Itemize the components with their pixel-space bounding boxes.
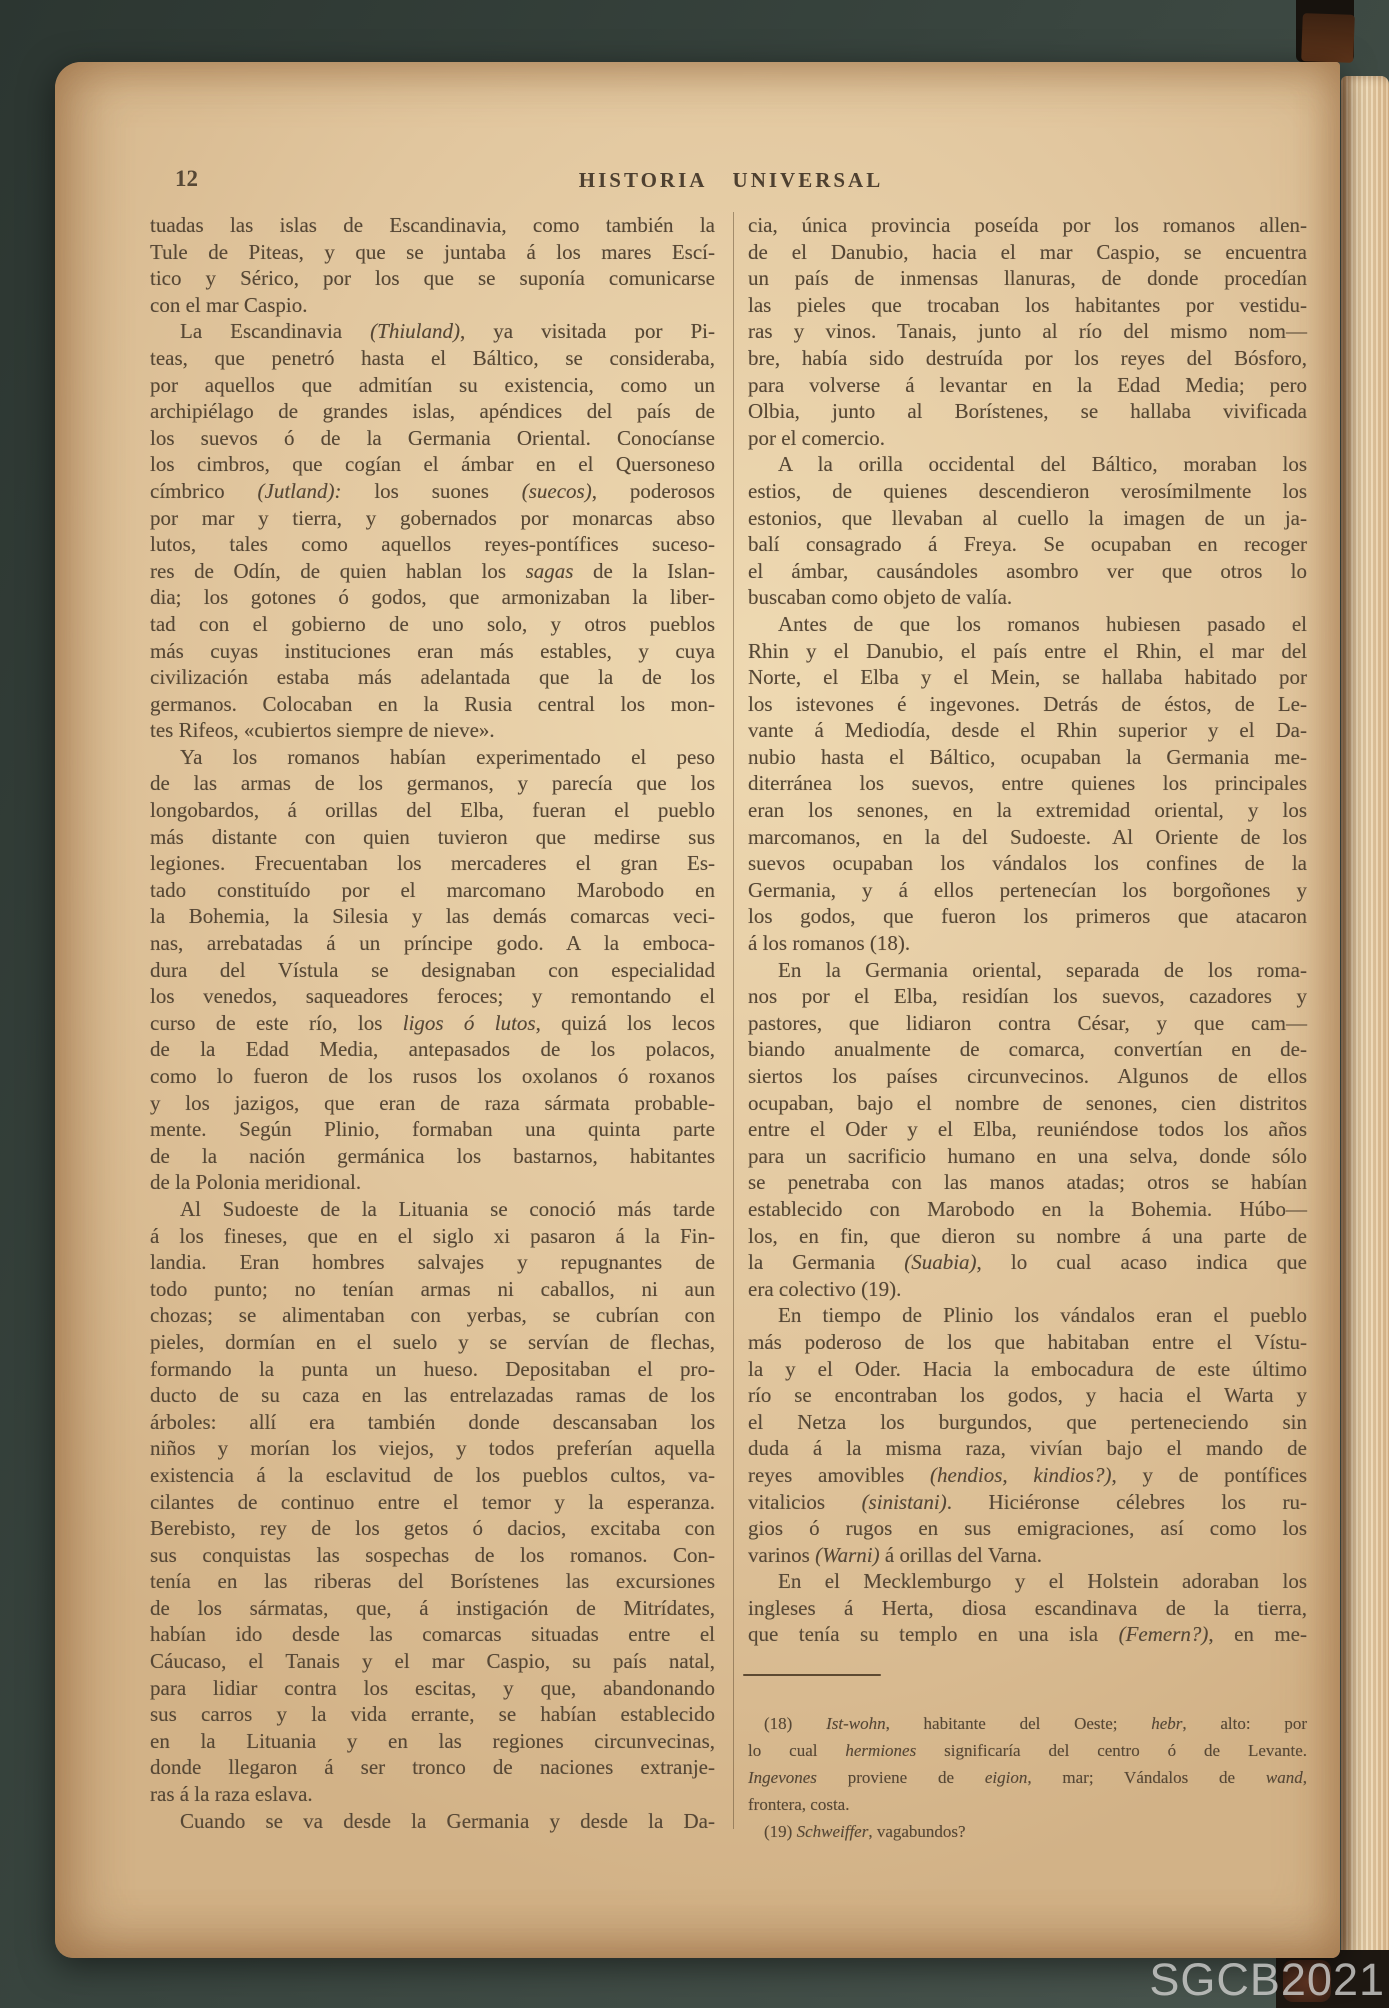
text-line: Germania, y á ellos pertenecían los borg… bbox=[748, 877, 1307, 904]
text-line: teas, que penetró hasta el Báltico, se c… bbox=[150, 345, 715, 372]
text-line: el Netza los burgundos, que perteneciend… bbox=[748, 1409, 1307, 1436]
text-line: En el Mecklemburgo y el Holstein adoraba… bbox=[748, 1568, 1307, 1595]
text-line: á los romanos (18). bbox=[748, 930, 1307, 957]
text-line: la y el Oder. Hacia la embocadura de est… bbox=[748, 1356, 1307, 1383]
page-number: 12 bbox=[175, 166, 198, 192]
text-line: ducto de su caza en las entrelazadas ram… bbox=[150, 1382, 715, 1409]
text-line: á los fineses, que en el siglo xi pasaro… bbox=[150, 1223, 715, 1250]
page-title: HISTORIA UNIVERSAL bbox=[579, 168, 883, 193]
book-strap-leather bbox=[1301, 13, 1355, 63]
text-line: tenía en las riberas del Borístenes las … bbox=[150, 1568, 715, 1595]
text-line: tico y Sérico, por los que se suponía co… bbox=[150, 265, 715, 292]
text-line: biando anualmente de comarca, convertían… bbox=[748, 1036, 1307, 1063]
text-line: las pieles que trocaban los habitantes p… bbox=[748, 292, 1307, 319]
watermark: SGCB2021 bbox=[1149, 1954, 1385, 2006]
text-line: con el mar Caspio. bbox=[150, 292, 715, 319]
text-line: que tenía su templo en una isla (Femern?… bbox=[748, 1621, 1307, 1648]
text-line: ocupaban, bajo el nombre de senones, cie… bbox=[748, 1090, 1307, 1117]
text-line: sus carros y la vida errante, se habían … bbox=[150, 1701, 715, 1728]
right-column: cia, única provincia poseída por los rom… bbox=[748, 212, 1307, 1648]
text-line: landia. Eran hombres salvajes y repugnan… bbox=[150, 1249, 715, 1276]
text-line: árboles: allí era también donde descansa… bbox=[150, 1409, 715, 1436]
text-line: de la Polonia meridional. bbox=[150, 1169, 715, 1196]
text-line: estonios, que llevaban al cuello la imag… bbox=[748, 505, 1307, 532]
text-line: formando la punta un hueso. Depositaban … bbox=[150, 1356, 715, 1383]
text-line: por el comercio. bbox=[748, 425, 1307, 452]
text-line: más poderoso de los que habitaban entre … bbox=[748, 1329, 1307, 1356]
text-line: ras y vinos. Tanais, junto al río del mi… bbox=[748, 318, 1307, 345]
text-line: mente. Según Plinio, formaban una quinta… bbox=[150, 1116, 715, 1143]
text-line: A la orilla occidental del Báltico, mora… bbox=[748, 451, 1307, 478]
text-line: chozas; se alimentaban con yerbas, se cu… bbox=[150, 1302, 715, 1329]
text-line: la Bohemia, la Silesia y las demás comar… bbox=[150, 903, 715, 930]
text-line: frontera, costa. bbox=[748, 1791, 1307, 1818]
footnotes: (18) Ist-wohn, habitante del Oeste; hebr… bbox=[748, 1710, 1307, 1845]
text-line: En la Germania oriental, separada de los… bbox=[748, 957, 1307, 984]
text-line: dia; los gotones ó godos, que armonizaba… bbox=[150, 584, 715, 611]
text-line: Olbia, junto al Borístenes, se hallaba v… bbox=[748, 398, 1307, 425]
photo-background: 12 HISTORIA UNIVERSAL tuadas las islas d… bbox=[0, 0, 1389, 2008]
footnote-rule bbox=[743, 1674, 881, 1676]
text-line: para lidiar contra los escitas, y que, a… bbox=[150, 1675, 715, 1702]
text-line: de la nación germánica los bastarnos, ha… bbox=[150, 1143, 715, 1170]
text-line: Ingevones proviene de eigion, mar; Vánda… bbox=[748, 1764, 1307, 1791]
text-line: más distante con quien tuvieron que medi… bbox=[150, 824, 715, 851]
text-line: tado constituído por el marcomano Marobo… bbox=[150, 877, 715, 904]
text-line: longobardos, á orillas del Elba, fueran … bbox=[150, 797, 715, 824]
text-line: nas, arrebatadas á un príncipe godo. A l… bbox=[150, 930, 715, 957]
text-line: se penetraba con las manos atadas; otros… bbox=[748, 1169, 1307, 1196]
text-line: estios, de quienes descendieron verosími… bbox=[748, 478, 1307, 505]
left-column: tuadas las islas de Escandinavia, como t… bbox=[150, 212, 715, 1834]
text-line: nubio hasta el Báltico, ocupaban la Germ… bbox=[748, 744, 1307, 771]
text-line: Al Sudoeste de la Lituania se conoció má… bbox=[150, 1196, 715, 1223]
book-page: 12 HISTORIA UNIVERSAL tuadas las islas d… bbox=[55, 62, 1340, 1958]
text-line: germanos. Colocaban en la Rusia central … bbox=[150, 691, 715, 718]
text-line: pieles, dormían en el suelo y se servían… bbox=[150, 1329, 715, 1356]
text-line: lutos, tales como aquellos reyes-pontífi… bbox=[150, 531, 715, 558]
text-line: Berebisto, rey de los getos ó dacios, ex… bbox=[150, 1515, 715, 1542]
text-line: reyes amovibles (hendios, kindios?), y d… bbox=[748, 1462, 1307, 1489]
text-line: siertos los países circunvecinos. Alguno… bbox=[748, 1063, 1307, 1090]
text-line: Cuando se va desde la Germania y desde l… bbox=[150, 1808, 715, 1835]
text-line: y los jazigos, que eran de raza sármata … bbox=[150, 1090, 715, 1117]
text-line: gios ó rugos en sus emigraciones, así co… bbox=[748, 1515, 1307, 1542]
text-line: los venedos, saqueadores feroces; y remo… bbox=[150, 983, 715, 1010]
text-line: cilantes de continuo entre el temor y la… bbox=[150, 1489, 715, 1516]
text-line: vitalicios (sinistani). Hiciéronse céleb… bbox=[748, 1489, 1307, 1516]
text-line: habían ido desde las comarcas situadas e… bbox=[150, 1621, 715, 1648]
text-line: existencia á la esclavitud de los pueblo… bbox=[150, 1462, 715, 1489]
text-line: marcomanos, en la del Sudoeste. Al Orien… bbox=[748, 824, 1307, 851]
text-line: los suevos ó de la Germania Oriental. Co… bbox=[150, 425, 715, 452]
text-line: los cimbros, que cogían el ámbar en el Q… bbox=[150, 451, 715, 478]
text-line: era colectivo (19). bbox=[748, 1276, 1307, 1303]
text-line: cia, única provincia poseída por los rom… bbox=[748, 212, 1307, 239]
text-line: tes Rifeos, «cubiertos siempre de nieve»… bbox=[150, 717, 715, 744]
column-divider bbox=[733, 212, 734, 1829]
text-line: sus conquistas las sospechas de los roma… bbox=[150, 1542, 715, 1569]
text-line: niños y morían los viejos, y todos prefe… bbox=[150, 1435, 715, 1462]
text-line: La Escandinavia (Thiuland), ya visitada … bbox=[150, 318, 715, 345]
text-line: establecido con Marobodo en la Bohemia. … bbox=[748, 1196, 1307, 1223]
text-line: curso de este río, los ligos ó lutos, qu… bbox=[150, 1010, 715, 1037]
text-line: tuadas las islas de Escandinavia, como t… bbox=[150, 212, 715, 239]
text-line: en la Lituania y en las regiones circunv… bbox=[150, 1728, 715, 1755]
text-line: por aquellos que admitían su existencia,… bbox=[150, 372, 715, 399]
text-line: pastores, que lidiaron contra César, y q… bbox=[748, 1010, 1307, 1037]
text-line: Antes de que los romanos hubiesen pasado… bbox=[748, 611, 1307, 638]
text-line: el ámbar, causándoles asombro ver que ot… bbox=[748, 558, 1307, 585]
text-line: archipiélago de grandes islas, apéndices… bbox=[150, 398, 715, 425]
text-line: buscaban como objeto de valía. bbox=[748, 584, 1307, 611]
text-line: eran los senones, en la extremidad orien… bbox=[748, 797, 1307, 824]
text-line: Rhin y el Danubio, el país entre el Rhin… bbox=[748, 638, 1307, 665]
text-line: Norte, el Elba y el Mein, se hallaba hab… bbox=[748, 664, 1307, 691]
text-line: bre, había sido destruída por los reyes … bbox=[748, 345, 1307, 372]
text-line: los godos, que fueron los primeros que a… bbox=[748, 903, 1307, 930]
text-line: todo punto; no tenían armas ni caballos,… bbox=[150, 1276, 715, 1303]
text-line: címbrico (Jutland): los suones (suecos),… bbox=[150, 478, 715, 505]
text-line: (19) Schweiffer, vagabundos? bbox=[748, 1818, 1307, 1845]
text-line: tad con el gobierno de uno solo, y otros… bbox=[150, 611, 715, 638]
text-line: varinos (Warni) á orillas del Varna. bbox=[748, 1542, 1307, 1569]
text-line: donde llegaron á ser tronco de naciones … bbox=[150, 1754, 715, 1781]
text-line: los, en fin, que dieron su nombre á una … bbox=[748, 1223, 1307, 1250]
text-line: Ya los romanos habían experimentado el p… bbox=[150, 744, 715, 771]
text-line: diterránea los suevos, entre quienes los… bbox=[748, 770, 1307, 797]
text-line: un país de inmensas llanuras, de donde p… bbox=[748, 265, 1307, 292]
text-line: res de Odín, de quien hablan los sagas d… bbox=[150, 558, 715, 585]
text-line: balí consagrado á Freya. Se ocupaban en … bbox=[748, 531, 1307, 558]
text-line: entre el Oder y el Elba, reuniéndose tod… bbox=[748, 1116, 1307, 1143]
text-line: dura del Vístula se designaban con espec… bbox=[150, 957, 715, 984]
text-line: ingleses á Herta, diosa escandinava de l… bbox=[748, 1595, 1307, 1622]
text-line: (18) Ist-wohn, habitante del Oeste; hebr… bbox=[748, 1710, 1307, 1737]
text-line: duda á la misma raza, vivían bajo el man… bbox=[748, 1435, 1307, 1462]
text-line: nos por el Elba, residían los suevos, ca… bbox=[748, 983, 1307, 1010]
book-pages-edge bbox=[1341, 76, 1389, 1962]
text-line: de los sármatas, que, á instigación de M… bbox=[150, 1595, 715, 1622]
text-line: Tule de Piteas, y que se juntaba á los m… bbox=[150, 239, 715, 266]
text-line: río se encontraban los godos, y hacia el… bbox=[748, 1382, 1307, 1409]
text-line: más cuyas instituciones eran más estable… bbox=[150, 638, 715, 665]
text-line: lo cual hermiones significaría del centr… bbox=[748, 1737, 1307, 1764]
text-line: para un sacrificio humano en una selva, … bbox=[748, 1143, 1307, 1170]
text-line: como lo fueron de los rusos los oxolanos… bbox=[150, 1063, 715, 1090]
text-line: civilización estaba más adelantada que l… bbox=[150, 664, 715, 691]
text-line: legiones. Frecuentaban los mercaderes el… bbox=[150, 850, 715, 877]
text-line: En tiempo de Plinio los vándalos eran el… bbox=[748, 1302, 1307, 1329]
text-line: ras á la raza eslava. bbox=[150, 1781, 715, 1808]
text-line: Cáucaso, el Tanais y el mar Caspio, su p… bbox=[150, 1648, 715, 1675]
text-line: de el Danubio, hacia el mar Caspio, se e… bbox=[748, 239, 1307, 266]
text-line: para volverse á levantar en la Edad Medi… bbox=[748, 372, 1307, 399]
text-line: vante á Mediodía, desde el Rhin superior… bbox=[748, 717, 1307, 744]
text-line: de la Edad Media, antepasados de los pol… bbox=[150, 1036, 715, 1063]
text-line: suevos ocupaban los vándalos los confine… bbox=[748, 850, 1307, 877]
text-line: los istevones é ingevones. Detrás de ést… bbox=[748, 691, 1307, 718]
text-line: de las armas de los germanos, y parecía … bbox=[150, 770, 715, 797]
text-line: por mar y tierra, y gobernados por monar… bbox=[150, 505, 715, 532]
text-line: la Germania (Suabia), lo cual acaso indi… bbox=[748, 1249, 1307, 1276]
